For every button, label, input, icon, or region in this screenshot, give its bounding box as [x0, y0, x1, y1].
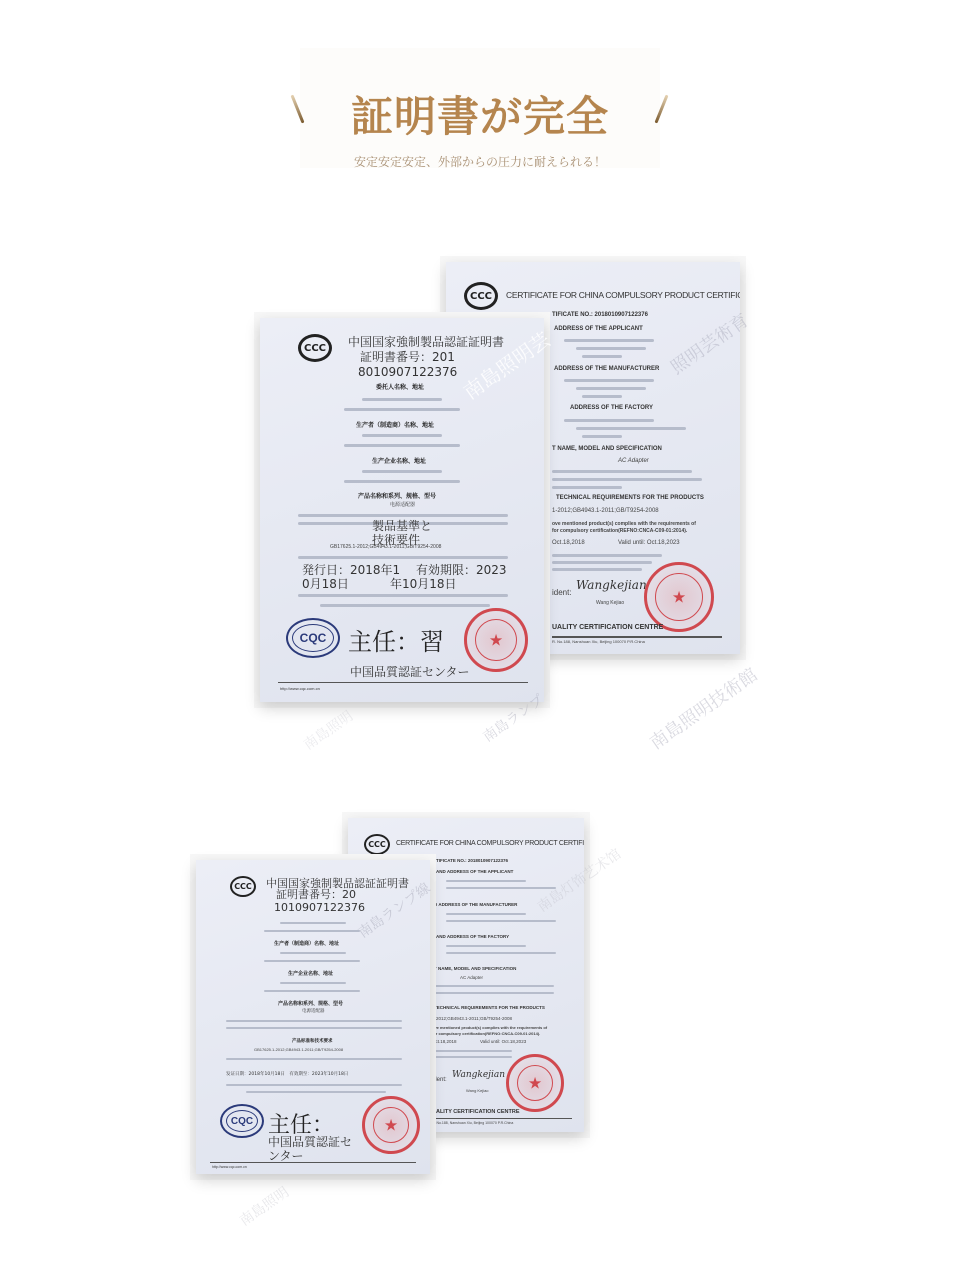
president-label: ident:	[552, 588, 572, 597]
factory-heading: ADDRESS OF THE FACTORY	[570, 405, 653, 411]
product-name: 电源适配器	[390, 503, 415, 508]
product-heading: T NAME, MODEL AND SPECIFICATION	[434, 966, 516, 971]
issue-date: 発行日：2018年1	[302, 564, 400, 577]
factory-heading: AND ADDRESS OF THE FACTORY	[436, 934, 509, 939]
standards: 1-2012;GB4943.1-2011;GB/T9254-2008	[432, 1016, 512, 1021]
valid-until: Valid until: Oct.18,2023	[618, 540, 680, 546]
signer-name: Wang Kejiao	[466, 1088, 489, 1093]
compliance-statement: ove mentioned product(s) complies with t…	[552, 521, 696, 527]
issue-date-line2: 0月18日	[302, 578, 349, 591]
cqc-logo-icon: CQC	[220, 1104, 264, 1138]
certificate-number-label: 証明書番号：20	[276, 889, 356, 901]
standards-label: 製品基準と	[372, 520, 432, 533]
director-label: 主任：習	[348, 622, 444, 657]
watermark: 南島照明技術館	[644, 661, 762, 755]
cqc-url: http://www.cqc.com.cn	[280, 686, 320, 691]
section-title: 証明書が完全	[0, 84, 960, 144]
applicant-heading: ADDRESS OF THE APPLICANT	[554, 326, 643, 332]
signature: Wangkejian	[576, 578, 647, 592]
standards: 1-2012;GB4943.1-2011;GB/T9254-2008	[552, 508, 659, 514]
certificate-title: CERTIFICATE FOR CHINA COMPULSORY PRODUCT…	[396, 840, 584, 847]
watermark: 南島照明	[235, 1182, 292, 1231]
certification-centre: UALITY CERTIFICATION CENTRE	[432, 1109, 520, 1115]
certification-stamp-icon: ★	[644, 562, 714, 632]
valid-until: Valid until: Oct.18,2023	[480, 1039, 526, 1044]
section-subtitle: 安定安定安定、外部からの圧力に耐えられる！	[0, 153, 960, 170]
technical-requirements-heading: TECHNICAL REQUIREMENTS FOR THE PRODUCTS	[556, 495, 704, 501]
certificate-number: 1010907122376	[274, 902, 365, 914]
product-heading: 产品名称和系列、规格、型号	[358, 491, 436, 500]
product-heading: T NAME, MODEL AND SPECIFICATION	[552, 446, 662, 452]
compliance-rules: for compulsory certification(REFNO:CNCA-…	[552, 528, 687, 534]
certification-stamp-icon: ★	[506, 1054, 564, 1112]
standards: GB17625.1-2012;GB4943.1-2011;GB/T9254-20…	[254, 1047, 343, 1052]
ccc-logo-icon: CCC	[230, 876, 256, 897]
certification-stamp-icon: ★	[362, 1096, 420, 1154]
applicant-heading: 委托人名称、地址	[376, 382, 424, 391]
certification-centre: 中国品質認証センター	[350, 666, 470, 679]
product-name: AC Adapter	[618, 458, 649, 464]
centre-address: R. No.188, Nanshuan Xiu, Beijing 100070 …	[552, 639, 645, 644]
factory-heading: 生产企业名称、地址	[372, 456, 426, 465]
certification-stamp-icon: ★	[464, 608, 528, 672]
signer-name: Wang Kejiao	[596, 600, 624, 606]
product-name: AC Adapter	[460, 975, 483, 980]
standards: GB17625.1-2012;GB4943.1-2011;GB/T9254-20…	[330, 544, 441, 550]
cqc-url: http://www.cqc.com.cn	[212, 1165, 247, 1169]
certificate-number: 8010907122376	[358, 366, 457, 379]
compliance-statement: ove mentioned product(s) complies with t…	[432, 1025, 547, 1030]
manufacturer-heading: 生产者（制造商）名称、地址	[356, 420, 434, 429]
product-heading: 产品名称和系列、规格、型号	[278, 1000, 343, 1007]
signature: Wangkejian	[452, 1070, 505, 1080]
president-label: ident:	[432, 1077, 447, 1083]
issue-date: Oct.18,2018	[552, 540, 585, 546]
certificate-number-label: 証明書番号：201	[360, 351, 455, 364]
manufacturer-heading: 生产者（制造商）名称、地址	[274, 940, 339, 947]
factory-heading: 生产企业名称、地址	[288, 970, 333, 977]
certificate-title: CERTIFICATE FOR CHINA COMPULSORY PRODUCT…	[506, 290, 740, 300]
certification-centre: 中国品質認証セ	[268, 1136, 352, 1149]
ccc-logo-icon: CCC	[298, 334, 332, 362]
manufacturer-heading: D ADDRESS OF THE MANUFACTURER	[434, 902, 517, 907]
compliance-rules: for compulsory certification(REFNO:CNCA-…	[432, 1031, 540, 1036]
standards-heading: 产品标准和技术要求	[292, 1038, 333, 1044]
cqc-logo-icon: CQC	[286, 618, 340, 658]
ccc-logo-icon: CCC	[464, 282, 498, 310]
product-name: 电源适配器	[302, 1010, 325, 1015]
certificate-title: 中国国家強制製品認証証明書	[348, 336, 504, 349]
applicant-heading: AND ADDRESS OF THE APPLICANT	[436, 869, 513, 874]
centre-address: R. No.188, Nanshuan Xiu, Beijing 100070 …	[432, 1121, 513, 1125]
certification-centre: UALITY CERTIFICATION CENTRE	[552, 624, 663, 631]
certificate-number: TIFICATE NO.: 2018010907122376	[552, 312, 648, 318]
certificate-number: TIFICATE NO.: 2018010907122376	[436, 858, 508, 863]
manufacturer-heading: ADDRESS OF THE MANUFACTURER	[554, 366, 659, 372]
watermark: 南島照明	[299, 706, 356, 755]
certification-centre-2: ンター	[268, 1150, 304, 1163]
valid-until: 有効期限：2023	[416, 564, 507, 577]
ccc-logo-icon: CCC	[364, 834, 390, 855]
valid-until-line2: 年10月18日	[390, 578, 457, 591]
technical-requirements-heading: TECHNICAL REQUIREMENTS FOR THE PRODUCTS	[434, 1005, 545, 1010]
issue-date: Oct.18,2018	[432, 1039, 457, 1044]
dates: 发证日期：2018年10月18日 有效期至：2023年10月18日	[226, 1073, 348, 1078]
